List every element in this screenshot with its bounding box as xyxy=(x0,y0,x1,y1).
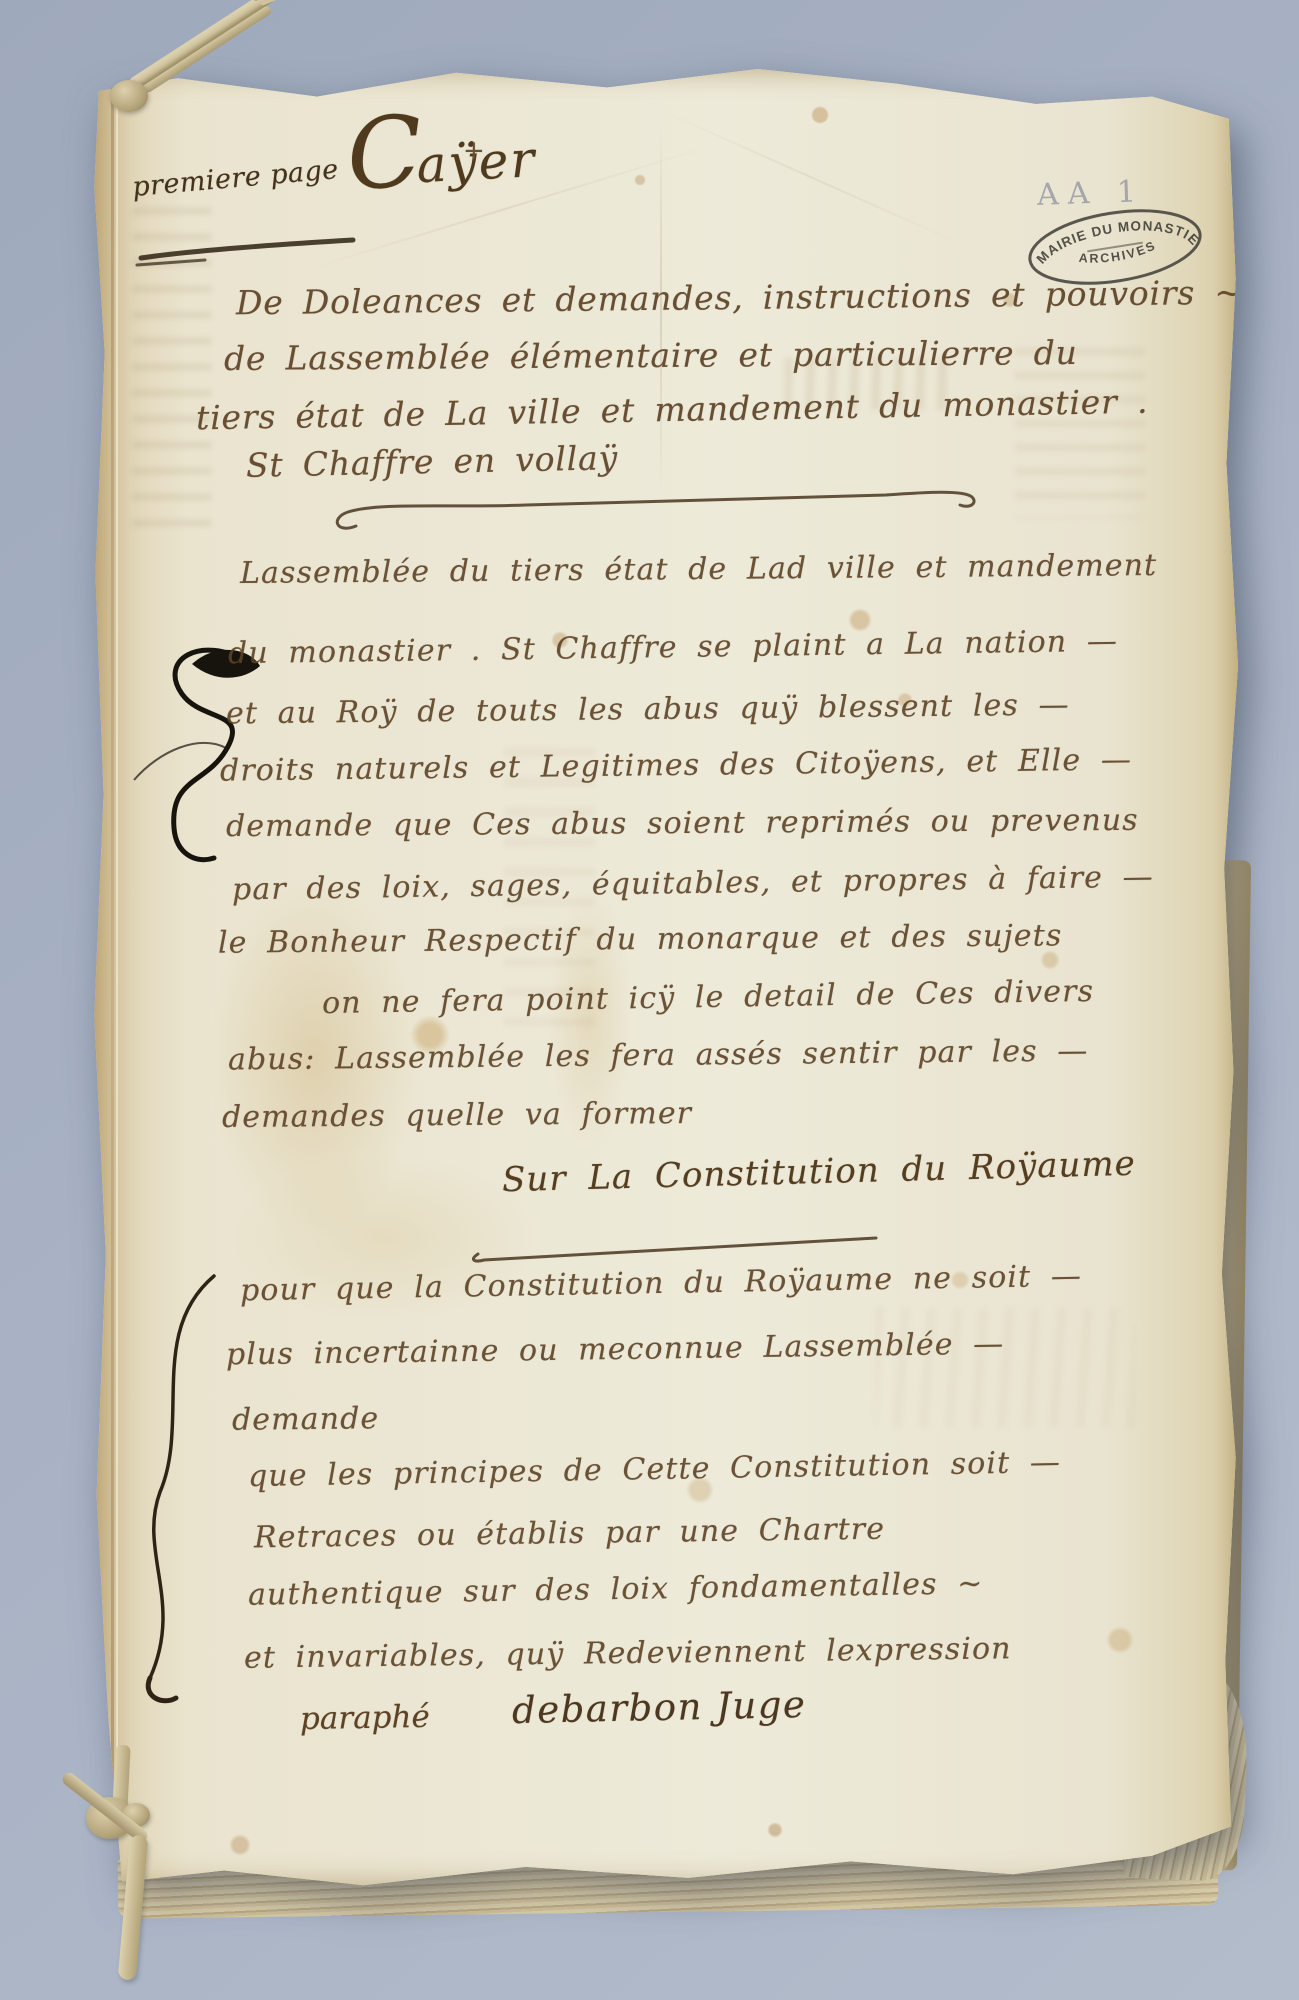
manuscript-line: par des loix, sages, équitables, et prop… xyxy=(232,860,1154,908)
page-note: premiere page xyxy=(131,154,340,203)
stamp-text-bottom: ARCHIVES xyxy=(1076,237,1160,269)
page-note-underline xyxy=(135,236,365,266)
manuscript-line: et invariables, quÿ Redeviennent lexpres… xyxy=(244,1631,1012,1675)
signature-label: paraphé xyxy=(300,1699,430,1737)
section-heading-underline xyxy=(468,1232,888,1264)
manuscript-page: premiere page Caÿer + AA 1 MAIRIE DU MON… xyxy=(85,58,1245,1900)
signature-name: debarbon Juge xyxy=(512,1683,807,1732)
manuscript-line: tiers état de La ville et mandement du m… xyxy=(196,382,1149,438)
manuscript-line: et au Roÿ de touts les abus quÿ blessent… xyxy=(226,688,1070,732)
binding-cord-top xyxy=(88,0,318,150)
manuscript-line: de Lassemblée élémentaire et particulier… xyxy=(224,333,1078,378)
manuscript-line: pour que la Constitution du Roÿaume ne s… xyxy=(240,1259,1082,1309)
binding-cord-bottom xyxy=(28,1745,228,2000)
manuscript-line: Lassemblée du tiers état de Lad ville et… xyxy=(240,548,1158,591)
manuscript-line: authentique sur des loix fondamentalles … xyxy=(248,1566,984,1613)
binding-fold-line xyxy=(111,58,114,1900)
photo-background: premiere page Caÿer + AA 1 MAIRIE DU MON… xyxy=(0,0,1299,2000)
cord-knot xyxy=(110,80,148,112)
manuscript-line: demande que Ces abus soient reprimés ou … xyxy=(226,803,1139,844)
crease-mark xyxy=(659,109,970,249)
manuscript-line: on ne fera point icÿ le detail de Ces di… xyxy=(322,974,1095,1021)
margin-brace xyxy=(118,1270,228,1710)
manuscript-line: demande xyxy=(232,1401,380,1438)
ink-bleedthrough xyxy=(875,1308,1135,1428)
manuscript-line: le Bonheur Respectif du monarque et des … xyxy=(218,918,1063,960)
manuscript-line: plus incertainne ou meconnue Lassemblée … xyxy=(226,1327,1005,1373)
manuscript-line: St Chaffre en vollaÿ xyxy=(246,438,619,485)
manuscript-line: du monastier . St Chaffre se plaint a La… xyxy=(228,624,1118,671)
svg-text:ARCHIVES: ARCHIVES xyxy=(1076,237,1160,269)
manuscript-line: droits naturels et Legitimes des Citoÿen… xyxy=(220,742,1132,788)
cord-ribbon xyxy=(118,1834,149,1980)
section-heading: Sur La Constitution du Roÿaume xyxy=(502,1144,1137,1201)
manuscript-page-wrap: premiere page Caÿer + AA 1 MAIRIE DU MON… xyxy=(0,0,1299,2000)
title-divider-flourish xyxy=(316,486,996,538)
manuscript-line: demandes quelle va former xyxy=(222,1096,692,1135)
cover-word-initial: C xyxy=(345,111,424,198)
ink-bleedthrough xyxy=(1015,348,1145,518)
manuscript-line: abus: Lassemblée les fera assés sentir p… xyxy=(228,1033,1089,1077)
manuscript-line: De Doleances et demandes, instructions e… xyxy=(236,273,1243,323)
manuscript-line: Retraces ou établis par une Chartre xyxy=(254,1512,886,1556)
manuscript-line: que les principes de Cette Constitution … xyxy=(248,1445,1062,1494)
cover-word: Caÿer xyxy=(345,105,538,198)
cord-strand xyxy=(142,5,273,94)
cross-mark: + xyxy=(463,136,485,166)
